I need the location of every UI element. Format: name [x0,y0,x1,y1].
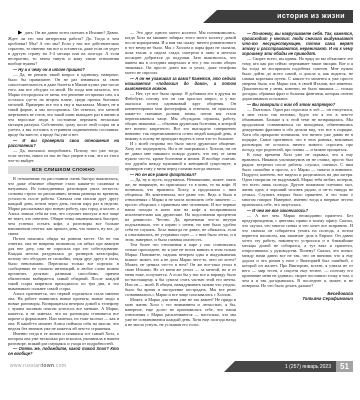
section-heading: ВСЕ СЛИШКОМ СЛОЖНО [8,166,119,174]
interviewer-question: — А он не ухаживал за вами? Кажется, это… [125,76,236,91]
page-number: 51 [340,362,349,371]
text-column-1: ▶дать. Он же давно хотел поехать в Итали… [8,30,119,360]
continuation-arrow-icon: ▶ [13,31,22,36]
text-column-2: — Это друг одного моего коллеги. Мы позн… [125,30,236,360]
article-paragraph: К тому времени Хоэл уже не скрывал, что … [242,152,353,207]
article-paragraph: И с моей стороны это было чисто дружеско… [125,141,236,171]
website-url-suffix: .com [54,363,66,369]
interviewer-question: — Но он все равно флиртовал? [125,172,236,177]
article-paragraph: ▶дать. Он же давно хотел поехать в Итали… [8,30,119,66]
issue-bar: 1 (257) январь 2023 [224,361,336,372]
website-url-prefix: www.russian [10,363,41,369]
article-paragraph: — Нет, тут все было проще. Я добавила ег… [125,91,236,141]
article-content: ▶дать. Он же давно хотел поехать в Итали… [8,30,353,360]
interviewer-question: — И вы проверяли свои отношения на расст… [8,138,119,148]
interviewer-question: — По-моему, вы накручиваете себя. Так, к… [242,31,353,56]
interviewer-question: — Ну и к чему он в итоге пришел? [8,67,119,72]
author-credit: Татьяна Серафимович [242,296,353,301]
text-column-3: — По-моему, вы накручиваете себя. Так, к… [242,30,353,360]
interviewer-question: — Вы говорили с ним об этом напрямую? [242,102,353,107]
article-paragraph: — Это друг одного моего коллеги. Мы позн… [125,30,236,75]
article-paragraph: Может, и Марко для меня уже не так важен… [125,297,236,327]
article-paragraph: Именно тогда в ее жизни и появился тот с… [8,331,119,346]
article-paragraph: — А вот чем. Марко неожиданно прилетел. … [242,213,353,288]
article-paragraph: Потом начались обиды на ровном месте. Он… [8,236,119,291]
interviewer-question: — Опять же, подождите, какой такой Хоэл?… [8,346,119,356]
article-paragraph: В отношениях на расстоянии очень быстро … [8,176,119,236]
article-paragraph: — Да, не решать такой вопрос в одиночку,… [8,72,119,137]
interviewer-question: — И чем же все закончилось? [242,208,353,213]
rubric-label: история из жизни [277,13,345,20]
article-paragraph: — Да, пытались попробовать. Потому что у… [8,148,119,163]
article-paragraph: Тем более что отношения в паре у нас ста… [125,242,236,297]
website-url: www.russiantown.com [10,363,66,369]
article-paragraph: Алиса признается, что первой отдаляться … [8,291,119,331]
issue-label: 1 (257) январь 2023 [285,364,331,370]
article-paragraph: — Пыталась. Один раз спросила в лоб — он… [242,107,353,152]
page-number-box: 51 [336,361,353,372]
article-paragraph: — Скорее всего, вы правы. Но вряд ли вы … [242,56,353,101]
rubric-bar: история из жизни [203,10,353,23]
website-url-bold: town [41,363,54,369]
article-paragraph: — Да, ну и пусть, подумаешь. Ненавязчиво… [125,177,236,242]
